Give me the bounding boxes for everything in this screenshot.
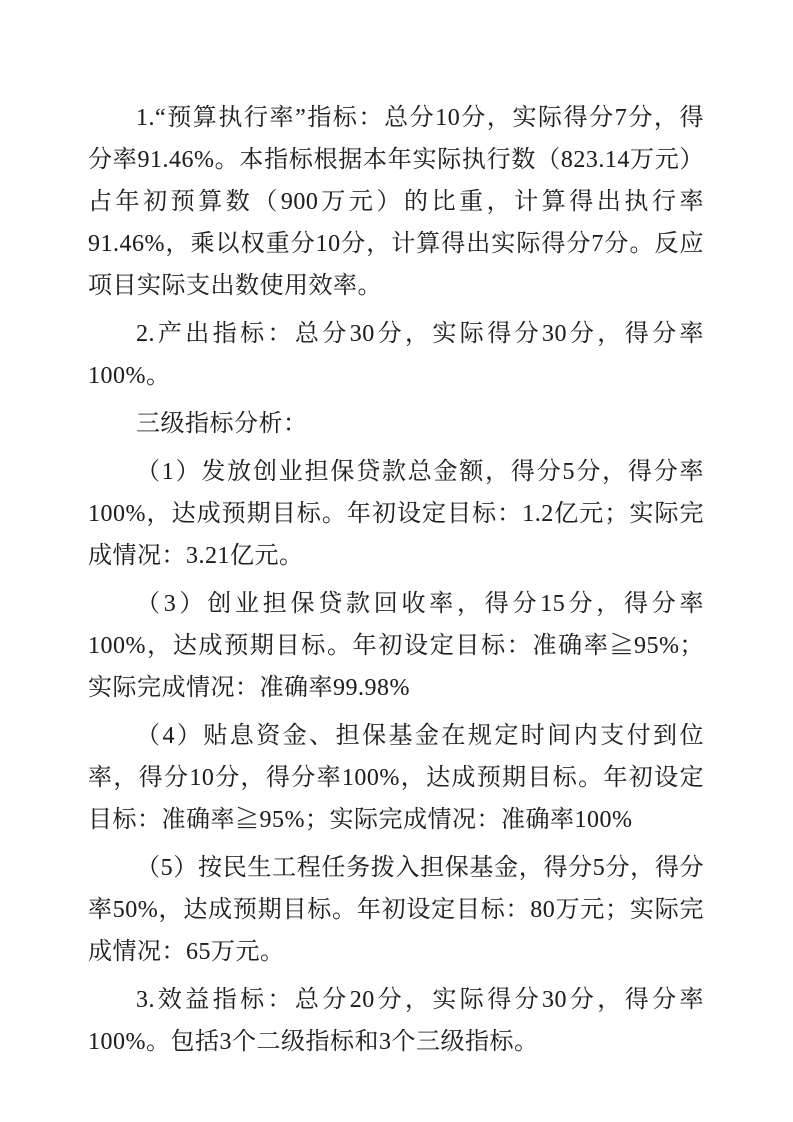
paragraph: 1.“预算执行率”指标：总分10分，实际得分7分，得分率91.46%。本指标根据…	[88, 97, 704, 307]
paragraph: 三级指标分析：	[88, 403, 704, 445]
paragraph: （4）贴息资金、担保基金在规定时间内支付到位率，得分10分，得分率100%，达成…	[88, 715, 704, 841]
document-page: 1.“预算执行率”指标：总分10分，实际得分7分，得分率91.46%。本指标根据…	[0, 0, 793, 1122]
document-body: 1.“预算执行率”指标：总分10分，实际得分7分，得分率91.46%。本指标根据…	[88, 97, 704, 1063]
paragraph: （5）按民生工程任务拨入担保基金，得分5分，得分率50%，达成预期目标。年初设定…	[88, 847, 704, 973]
paragraph: （1）发放创业担保贷款总金额，得分5分，得分率100%，达成预期目标。年初设定目…	[88, 451, 704, 577]
paragraph: （3）创业担保贷款回收率，得分15分，得分率100%，达成预期目标。年初设定目标…	[88, 583, 704, 709]
paragraph: 3.效益指标：总分20分，实际得分30分，得分率100%。包括3个二级指标和3个…	[88, 979, 704, 1063]
paragraph: 2.产出指标：总分30分，实际得分30分，得分率100%。	[88, 313, 704, 397]
